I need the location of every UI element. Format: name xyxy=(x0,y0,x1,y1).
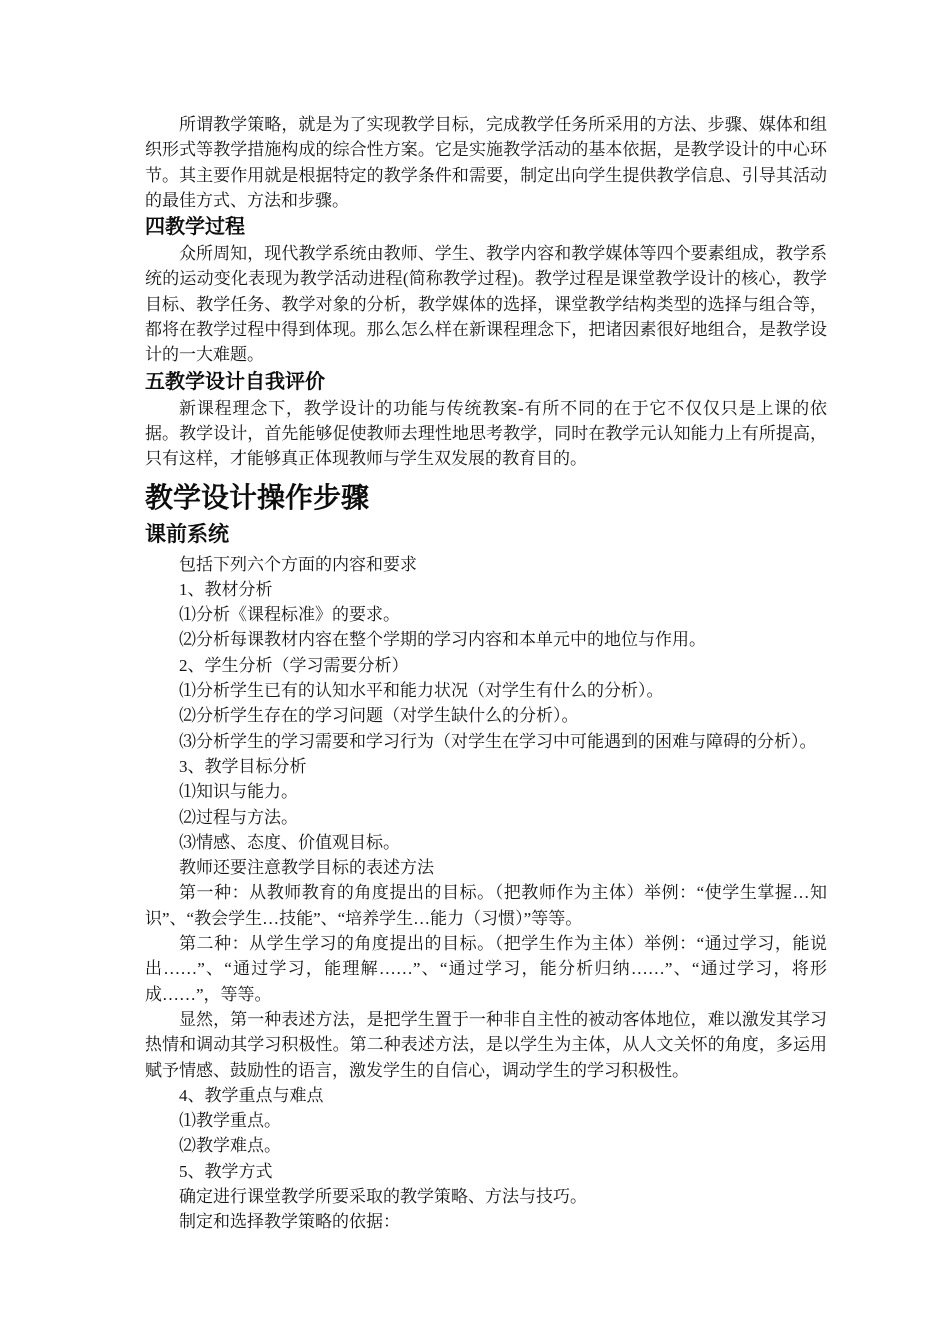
line-item-2-student-analysis: 2、学生分析（学习需要分析） xyxy=(145,653,827,678)
main-title-operation-steps: 教学设计操作步骤 xyxy=(145,481,827,515)
paragraph-self-evaluation: 新课程理念下，教学设计的功能与传统教案-有所不同的在于它不仅仅只是上课的依据。教… xyxy=(145,396,827,472)
line-item-2-sub-2: ⑵分析学生存在的学习问题（对学生缺什么的分析）。 xyxy=(145,703,827,728)
line-item-3-sub-1: ⑴知识与能力。 xyxy=(145,779,827,804)
line-item-4-sub-2: ⑵教学难点。 xyxy=(145,1133,827,1158)
paragraph-second-method: 第二种：从学生学习的角度提出的目标。（把学生作为主体）举例：“通过学习，能说出…… xyxy=(145,931,827,1007)
line-item-2-sub-1: ⑴分析学生已有的认知水平和能力状况（对学生有什么的分析）。 xyxy=(145,678,827,703)
heading-section-five-self-evaluation: 五教学设计自我评价 xyxy=(145,368,827,396)
line-item-3-sub-3: ⑶情感、态度、价值观目标。 xyxy=(145,830,827,855)
line-item-5-teaching-mode: 5、教学方式 xyxy=(145,1159,827,1184)
line-item-1-sub-2: ⑵分析每课教材内容在整个学期的学习内容和本单元中的地位与作用。 xyxy=(145,627,827,652)
intro-paragraph-teaching-strategy: 所谓教学策略，就是为了实现教学目标，完成教学任务所采用的方法、步骤、媒体和组织形… xyxy=(145,112,827,213)
paragraph-first-method: 第一种：从教师教育的角度提出的目标。（把教师作为主体）举例：“使学生掌握…知识”… xyxy=(145,880,827,931)
paragraph-method-comparison: 显然，第一种表述方法，是把学生置于一种非自主性的被动客体地位，难以激发其学习热情… xyxy=(145,1007,827,1083)
line-item-2-sub-3: ⑶分析学生的学习需要和学习行为（对学生在学习中可能遇到的困难与障碍的分析）。 xyxy=(145,729,827,754)
line-strategy-basis: 制定和选择教学策略的依据： xyxy=(145,1209,827,1234)
heading-section-four-teaching-process: 四教学过程 xyxy=(145,213,827,241)
document-content: 所谓教学策略，就是为了实现教学目标，完成教学任务所采用的方法、步骤、媒体和组织形… xyxy=(145,112,827,1235)
line-item-4-key-difficult-points: 4、教学重点与难点 xyxy=(145,1083,827,1108)
line-six-aspects: 包括下列六个方面的内容和要求 xyxy=(145,552,827,577)
subheading-pre-class-system: 课前系统 xyxy=(145,520,827,549)
line-item-4-sub-1: ⑴教学重点。 xyxy=(145,1108,827,1133)
document-page: 所谓教学策略，就是为了实现教学目标，完成教学任务所采用的方法、步骤、媒体和组织形… xyxy=(0,0,950,1344)
line-item-1-textbook-analysis: 1、教材分析 xyxy=(145,577,827,602)
line-goal-expression-note: 教师还要注意教学目标的表述方法 xyxy=(145,855,827,880)
line-item-3-sub-2: ⑵过程与方法。 xyxy=(145,805,827,830)
line-teaching-strategy-determine: 确定进行课堂教学所要采取的教学策略、方法与技巧。 xyxy=(145,1184,827,1209)
line-item-3-goal-analysis: 3、教学目标分析 xyxy=(145,754,827,779)
line-item-1-sub-1: ⑴分析《课程标准》的要求。 xyxy=(145,602,827,627)
paragraph-teaching-process: 众所周知，现代教学系统由教师、学生、教学内容和教学媒体等四个要素组成，教学系统的… xyxy=(145,241,827,367)
